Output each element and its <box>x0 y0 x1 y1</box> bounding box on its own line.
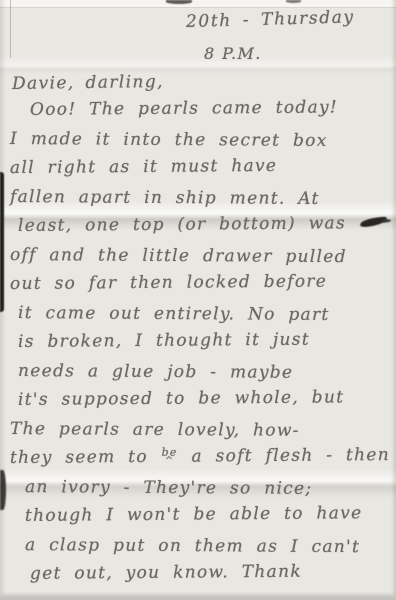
letter-line: all right as it must have <box>10 151 392 183</box>
letter-body: Ooo! The pearls came today! I made it in… <box>10 96 392 589</box>
date-line: 20th - Thursday <box>186 7 355 32</box>
fold-crease <box>0 56 396 74</box>
insertion-caret-mark: ^ <box>165 458 175 466</box>
ink-smudge <box>166 0 192 4</box>
letter-line: out so far then locked before <box>10 267 392 299</box>
letter-line: is broken, I thought it just <box>10 325 392 357</box>
letter-line: least, one top (or bottom) was <box>10 209 392 241</box>
scan-edge-mark <box>0 172 4 312</box>
letter-line: though I won't be able to have <box>10 499 392 531</box>
letter-page: 20th - Thursday 8 P.M. Davie, darling, O… <box>0 0 396 600</box>
letter-line: it's supposed to be whole, but <box>10 383 392 415</box>
fold-crease <box>10 0 11 58</box>
scan-edge-mark <box>0 470 6 510</box>
paper-bottom-edge <box>0 592 396 600</box>
time-line: 8 P.M. <box>204 44 262 63</box>
letter-line: get out, you know. Thank <box>10 557 392 589</box>
letter-line: Ooo! The pearls came today! <box>10 93 392 125</box>
ink-smudge <box>286 0 301 3</box>
salutation: Davie, darling, <box>12 72 164 94</box>
line-text-after-insertion: a soft flesh - then <box>191 445 390 467</box>
line-text-before-insertion: they seem to <box>10 447 148 468</box>
inserted-word-stack: be ^ <box>162 448 178 466</box>
letter-line-with-insertion: they seem to be ^ a soft flesh - then <box>10 441 392 473</box>
